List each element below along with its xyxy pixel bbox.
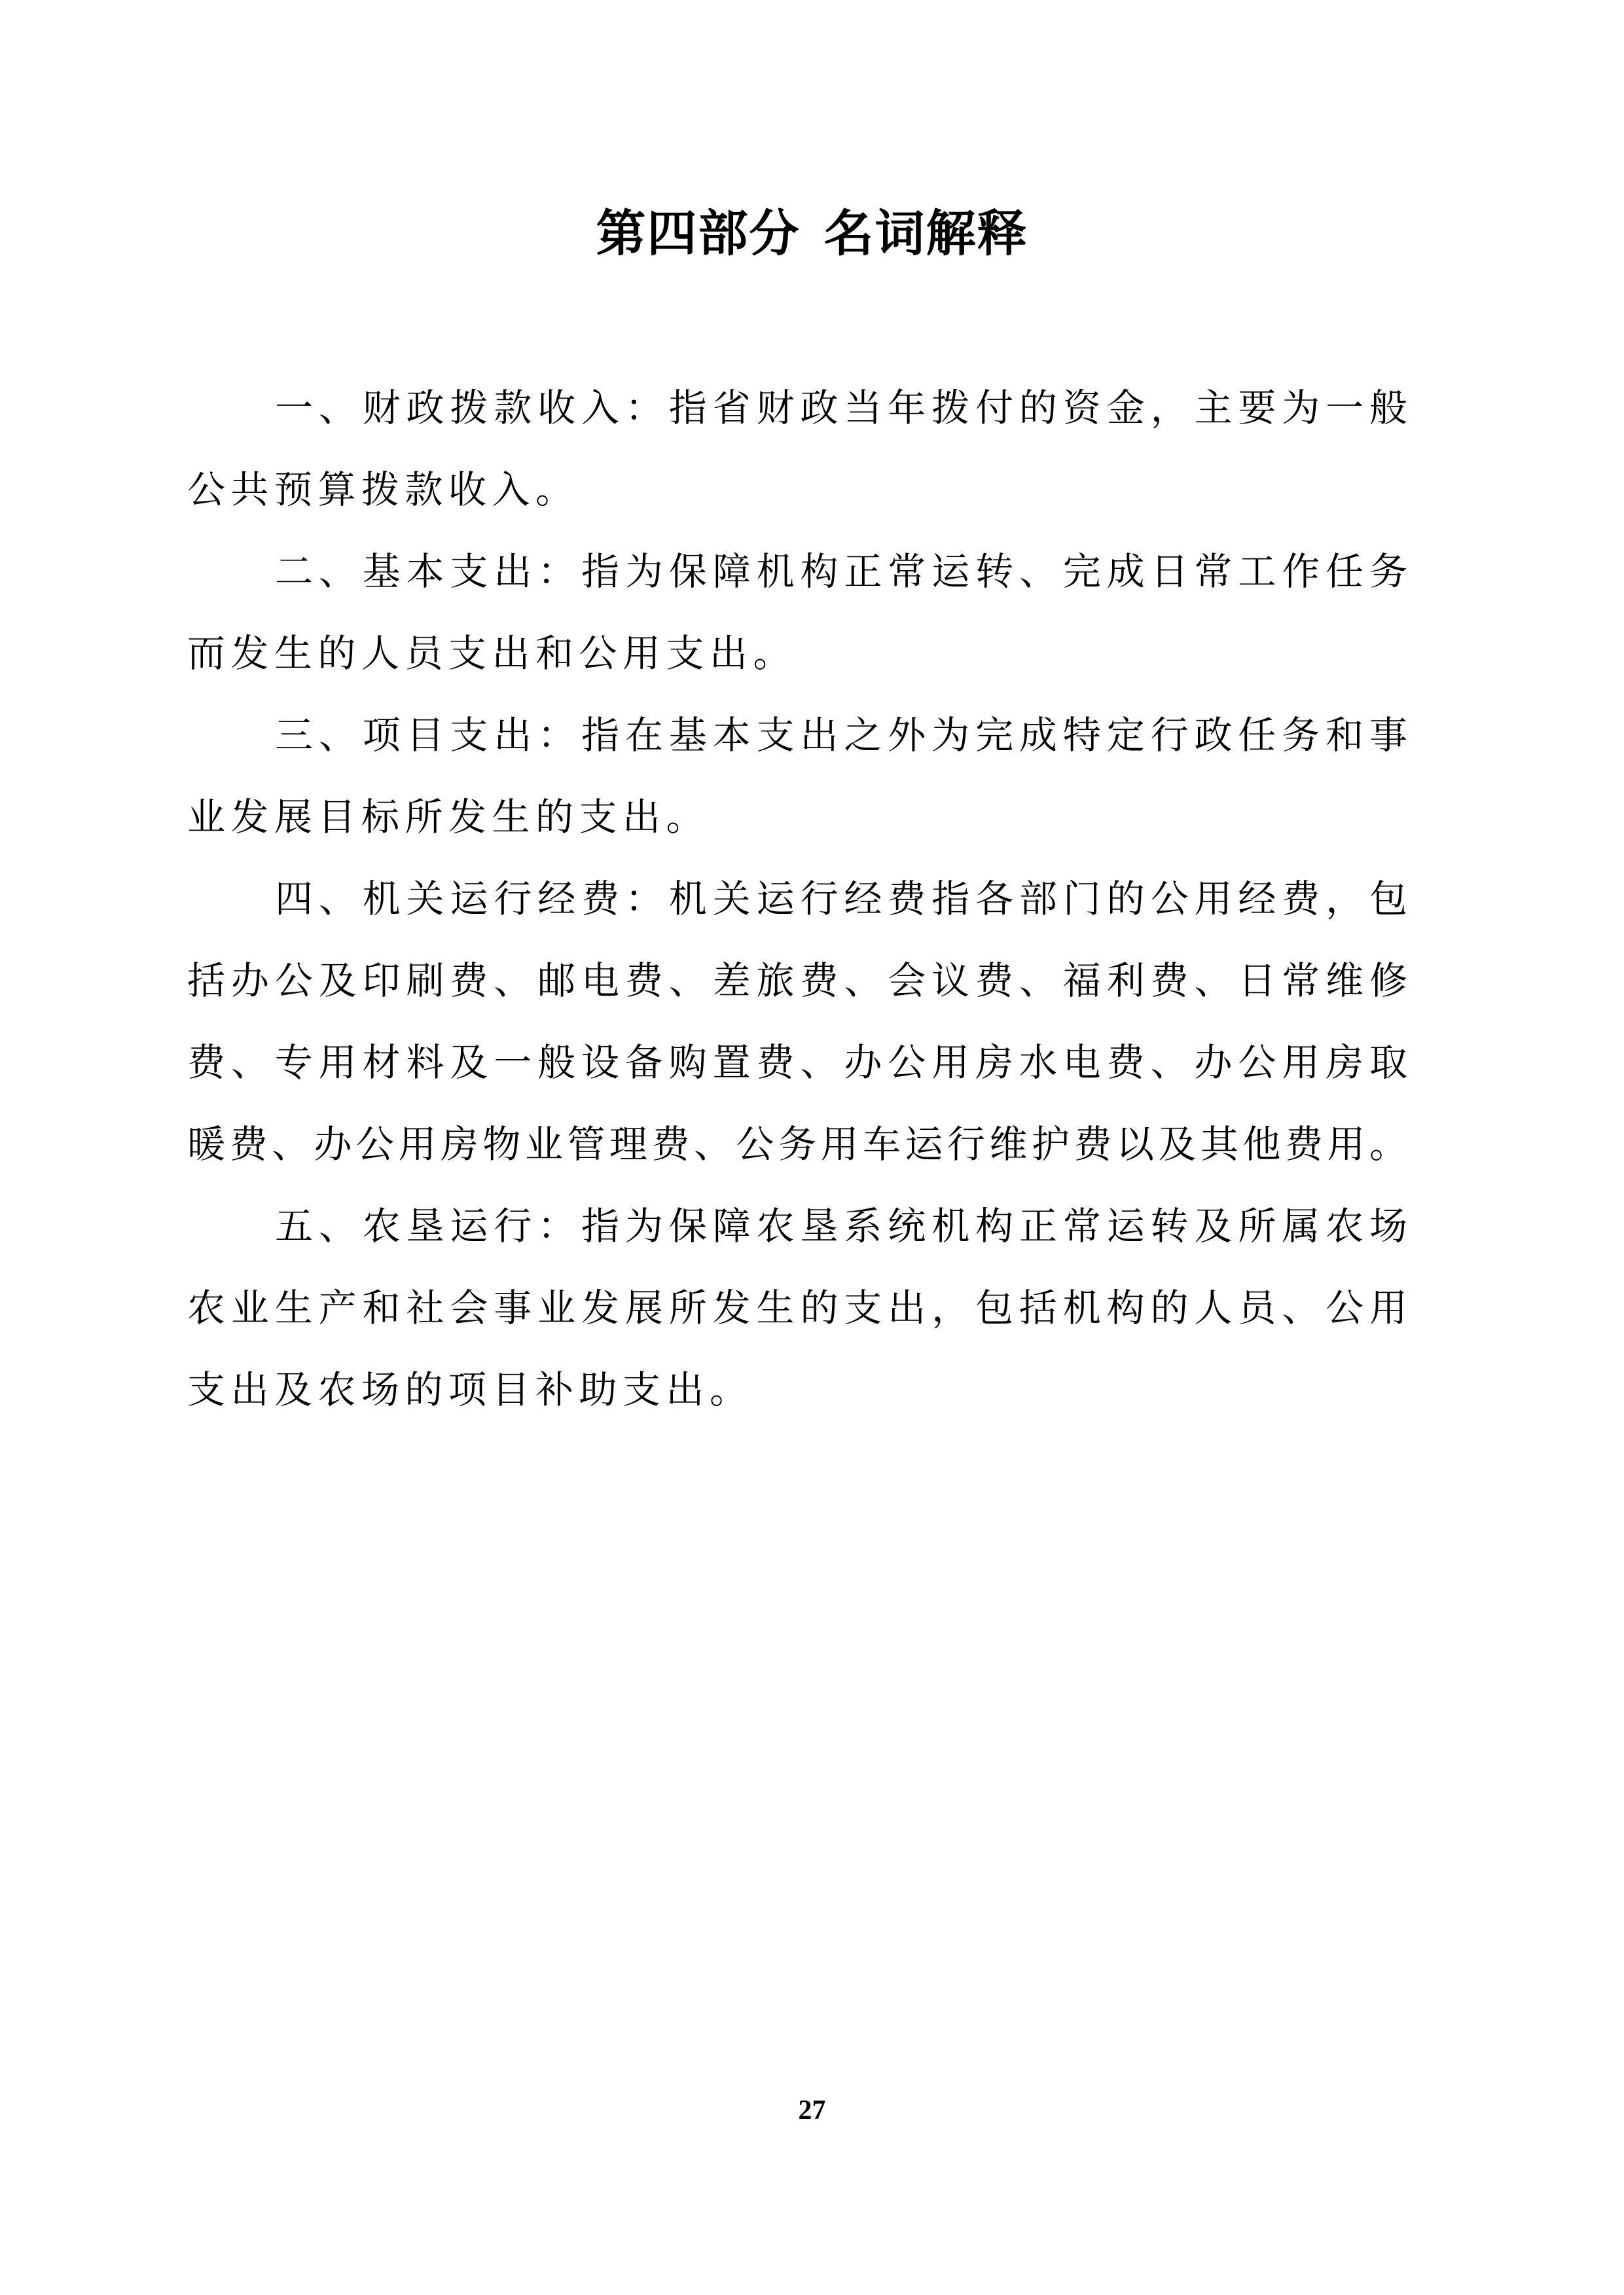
paragraph-project-expenditure: 三、项目支出：指在基本支出之外为完成特定行政任务和事 业发展目标所发生的支出。 <box>187 712 1407 876</box>
text-line: 公共预算拨款收入。 <box>187 467 1407 549</box>
paragraph-basic-expenditure: 二、基本支出：指为保障机构正常运转、完成日常工作任务 而发生的人员支出和公用支出… <box>187 549 1407 712</box>
title-name: 名词解释 <box>824 204 1028 262</box>
paragraph-fiscal-appropriation-income: 一、财政拨款收入：指省财政当年拨付的资金，主要为一般 公共预算拨款收入。 <box>187 385 1407 549</box>
paragraph-land-reclamation-operations: 五、农垦运行：指为保障农垦系统机构正常运转及所属农场 农业生产和社会事业发展所发… <box>187 1203 1407 1449</box>
text-line: 支出及农场的项目补助支出。 <box>187 1367 1407 1449</box>
glossary-body: 一、财政拨款收入：指省财政当年拨付的资金，主要为一般 公共预算拨款收入。 二、基… <box>187 385 1407 1449</box>
text-line: 五、农垦运行：指为保障农垦系统机构正常运转及所属农场 <box>187 1203 1407 1285</box>
text-line: 而发生的人员支出和公用支出。 <box>187 630 1407 712</box>
text-line: 农业生产和社会事业发展所发生的支出，包括机构的人员、公用 <box>187 1285 1407 1367</box>
page-number: 27 <box>0 2095 1624 2126</box>
text-line: 三、项目支出：指在基本支出之外为完成特定行政任务和事 <box>187 712 1407 794</box>
text-line: 费、专用材料及一般设备购置费、办公用房水电费、办公用房取 <box>187 1039 1407 1121</box>
text-line: 业发展目标所发生的支出。 <box>187 794 1407 876</box>
text-line: 暖费、办公用房物业管理费、公务用车运行维护费以及其他费用。 <box>187 1121 1407 1203</box>
text-line: 一、财政拨款收入：指省财政当年拨付的资金，主要为一般 <box>187 385 1407 467</box>
text-line: 四、机关运行经费：机关运行经费指各部门的公用经费，包 <box>187 876 1407 958</box>
text-line: 括办公及印刷费、邮电费、差旅费、会议费、福利费、日常维修 <box>187 958 1407 1039</box>
page-title: 第四部分名词解释 <box>0 204 1624 263</box>
paragraph-operating-expenses: 四、机关运行经费：机关运行经费指各部门的公用经费，包 括办公及印刷费、邮电费、差… <box>187 876 1407 1203</box>
text-line: 二、基本支出：指为保障机构正常运转、完成日常工作任务 <box>187 549 1407 630</box>
title-part: 第四部分 <box>596 204 801 262</box>
